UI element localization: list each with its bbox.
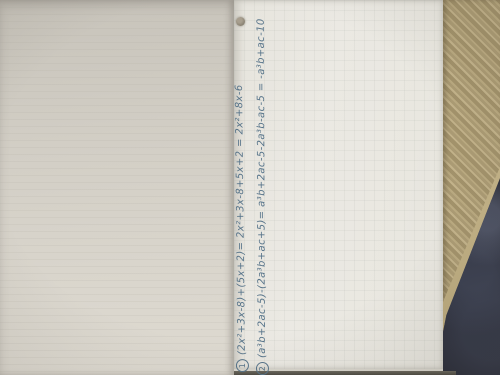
equation-number-badge-2: 2 [256,362,269,375]
photo-of-notebook: 1 (2x²+3x-8)+(5x+2)= 2x²+3x-8+5x+2 = 2x²… [0,0,500,375]
wooden-table-surface [443,0,500,375]
equation-line-1: 1 (2x²+3x-8)+(5x+2)= 2x²+3x-8+5x+2 = 2x²… [232,84,250,372]
left-grey-page [0,0,234,375]
equation-number-badge-1: 1 [236,359,249,372]
equation-text-2: (a³b+2ac-5)-(2a³b+ac+5)= a³b+2ac-5-2a³b-… [256,18,268,358]
binder-hole [236,17,245,26]
equation-line-2: 2 (a³b+2ac-5)-(2a³b+ac+5)= a³b+2ac-5-2a³… [254,18,270,375]
equation-text-1: (2x²+3x-8)+(5x+2)= 2x²+3x-8+5x+2 = 2x²+8… [234,84,248,355]
